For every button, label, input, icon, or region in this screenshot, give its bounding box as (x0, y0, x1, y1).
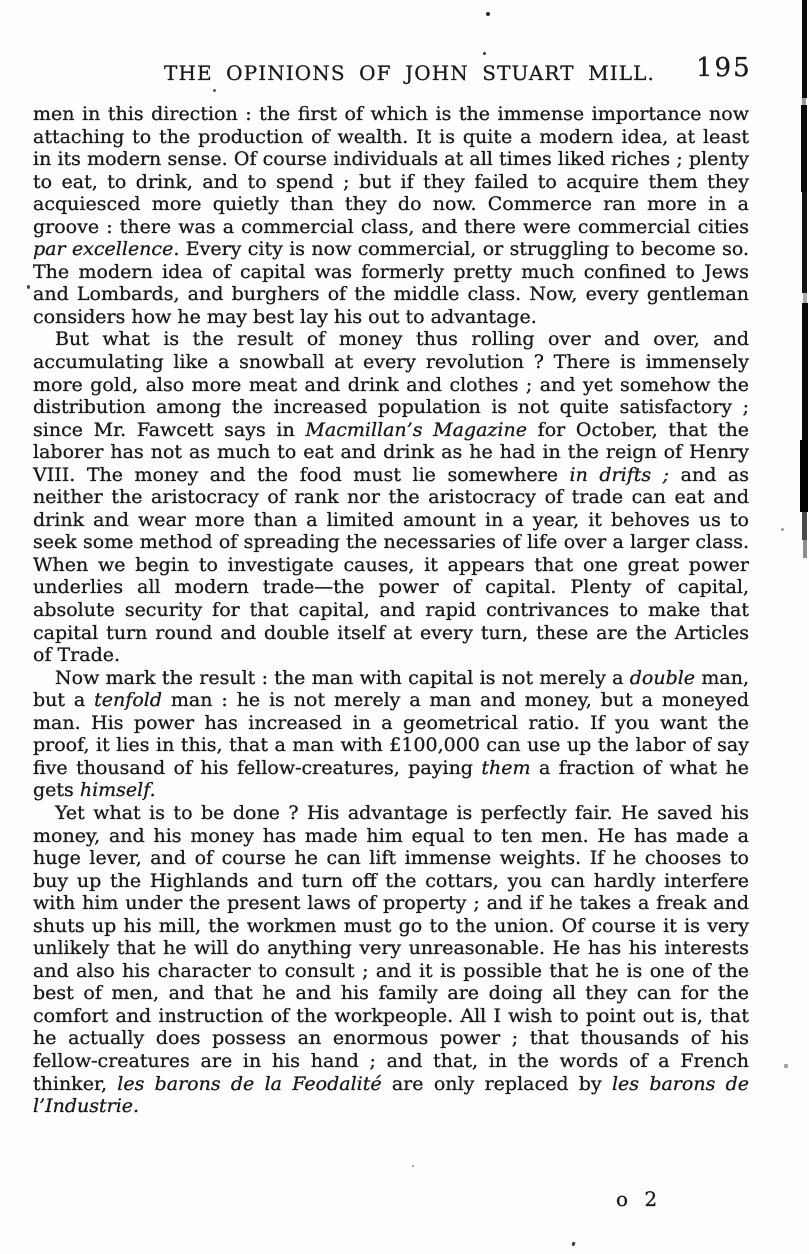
scan-artifact-edge-bar (803, 293, 807, 303)
ink-speck (483, 52, 486, 55)
page-number: 195 (696, 53, 752, 83)
italic-text-run: double (630, 667, 695, 689)
scan-artifact-edge-bar (802, 192, 807, 293)
italic-text-run: them (481, 757, 530, 779)
italic-text-run: tenfold (94, 689, 162, 711)
running-head-title: THE OPINIONS OF JOHN STUART MILL. (164, 61, 655, 85)
scan-artifact-edge-bar (802, 0, 807, 98)
paragraph: But what is the result of money thus rol… (33, 328, 749, 666)
ink-speck (27, 285, 30, 289)
scan-artifact-edge-bar (802, 98, 806, 105)
text-run: and as neither the aristocracy of rank n… (33, 464, 749, 666)
page-body: men in this direction : the first of whi… (33, 103, 749, 1118)
italic-text-run: les barons de la Feodalité (117, 1073, 381, 1095)
text-run: are only replaced by (382, 1073, 612, 1095)
paragraph: men in this direction : the first of whi… (33, 103, 749, 328)
printer-signature-mark: o 2 (616, 1187, 657, 1211)
ink-speck (412, 1165, 414, 1167)
italic-text-run: Macmillan’s Magazine (305, 419, 527, 441)
italic-text-run: par excellence (33, 238, 173, 260)
italic-text-run: himself. (80, 779, 156, 801)
ink-speck (781, 528, 784, 531)
scan-artifact-edge-bar (802, 512, 807, 540)
scan-artifact-edge-bar (801, 105, 807, 192)
scan-artifact-edge-bar (803, 540, 807, 558)
text-run: Yet what is to be done ? His advantage i… (33, 802, 749, 1095)
text-run: men in this direction : the first of whi… (33, 103, 749, 238)
ink-speck (571, 1242, 575, 1247)
paragraph: Yet what is to be done ? His advantage i… (33, 802, 749, 1118)
ink-speck (486, 12, 490, 16)
text-run: Now mark the result : the man with capit… (55, 667, 630, 689)
scan-artifact-edge-bar (800, 440, 808, 512)
book-page-scan: THE OPINIONS OF JOHN STUART MILL. 195 me… (0, 0, 809, 1254)
italic-text-run: in drifts ; (570, 464, 670, 486)
scan-artifact-edge-bar (802, 303, 808, 440)
ink-speck (213, 89, 216, 92)
ink-speck (784, 1064, 788, 1068)
paragraph: Now mark the result : the man with capit… (33, 667, 749, 802)
